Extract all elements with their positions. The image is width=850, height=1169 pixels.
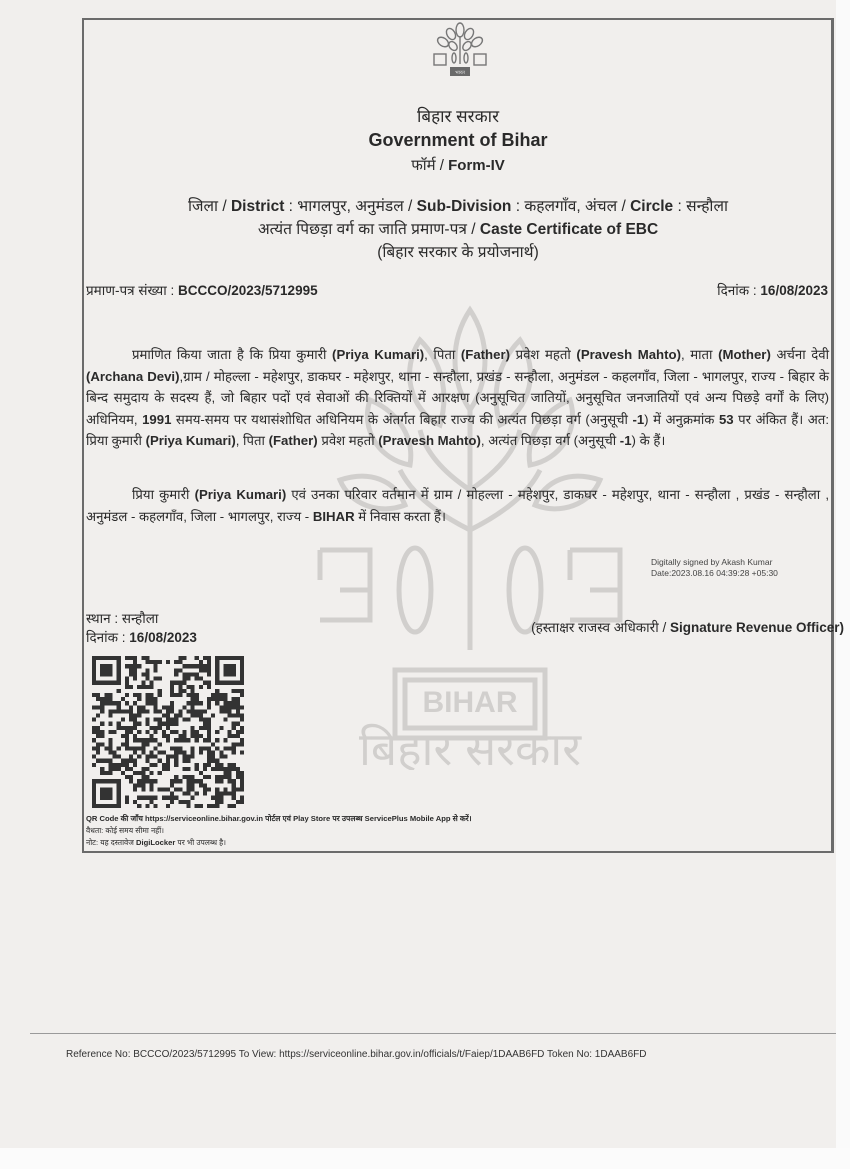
signature-officer-label: (हस्ताक्षर राजस्व अधिकारी / Signature Re…	[531, 618, 844, 636]
svg-text:बिहार सरकार: बिहार सरकार	[359, 723, 582, 770]
svg-text:भारत: भारत	[455, 70, 465, 76]
certificate-number: प्रमाण-पत्र संख्या : BCCCO/2023/5712995	[86, 281, 318, 299]
jurisdiction-line: जिला / District : भागलपुर, अनुमंडल / Sub…	[82, 194, 834, 216]
digital-signature: Digitally signed by Akash Kumar Date:202…	[651, 557, 778, 579]
certificate-purpose: (बिहार सरकार के प्रयोजनार्थ)	[82, 240, 834, 262]
residence-paragraph: प्रिया कुमारी (Priya Kumari) एवं उनका पर…	[86, 484, 829, 527]
page-edge	[836, 0, 850, 1169]
place-and-date: स्थान : सन्हौला दिनांक : 16/08/2023	[86, 609, 197, 647]
form-number: फॉर्म / Form-IV	[82, 155, 834, 175]
verification-notes: QR Code की जाँच https://serviceonline.bi…	[86, 813, 472, 849]
svg-text:BIHAR: BIHAR	[423, 686, 518, 719]
page-bottom-edge	[0, 1148, 850, 1169]
certification-paragraph: प्रमाणित किया जाता है कि प्रिया कुमारी (…	[86, 344, 829, 452]
hindi-title: बिहार सरकार	[82, 104, 834, 127]
reference-footer[interactable]: Reference No: BCCCO/2023/5712995 To View…	[66, 1049, 647, 1060]
certificate-date: दिनांक : 16/08/2023	[717, 281, 828, 299]
certificate-type: अत्यंत पिछड़ा वर्ग का जाति प्रमाण-पत्र /…	[82, 217, 834, 239]
qr-code[interactable]	[92, 656, 244, 808]
bihar-emblem-icon: भारत	[425, 20, 495, 82]
government-title: Government of Bihar	[82, 130, 834, 151]
verification-url[interactable]: https://serviceonline.bihar.gov.in	[145, 814, 263, 823]
footer-divider	[30, 1033, 836, 1034]
